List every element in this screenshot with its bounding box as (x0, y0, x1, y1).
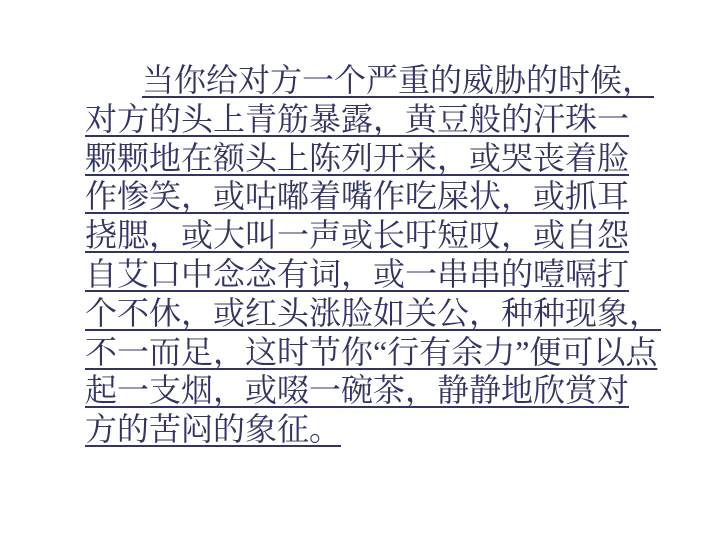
text-line: 对方的头上青筋暴露，黄豆般的汗珠一 (85, 100, 695, 139)
text-line: 自艾口中念念有词，或一串串的噎嗝打 (85, 255, 695, 294)
text-line: 个不休，或红头涨脸如关公，种种现象， (85, 294, 695, 333)
text-line: 挠腮，或大叫一声或长吁短叹，或自怨 (85, 216, 695, 255)
text-line: 作惨笑，或咕嘟着嘴作吃屎状，或抓耳 (85, 177, 695, 216)
body-text-paragraph: 当你给对方一个严重的威胁的时候， 对方的头上青筋暴露，黄豆般的汗珠一 颗颗地在额… (85, 61, 695, 449)
text-line: 当你给对方一个严重的威胁的时候， (85, 61, 695, 100)
text-line: 方的苦闷的象征。 (85, 410, 695, 449)
slide: 当你给对方一个严重的威胁的时候， 对方的头上青筋暴露，黄豆般的汗珠一 颗颗地在额… (0, 0, 720, 540)
text-line: 起一支烟，或啜一碗茶，静静地欣赏对 (85, 371, 695, 410)
text-line: 不一而足，这时节你“行有余力”便可以点 (85, 333, 695, 372)
text-line: 颗颗地在额头上陈列开来，或哭丧着脸 (85, 139, 695, 178)
